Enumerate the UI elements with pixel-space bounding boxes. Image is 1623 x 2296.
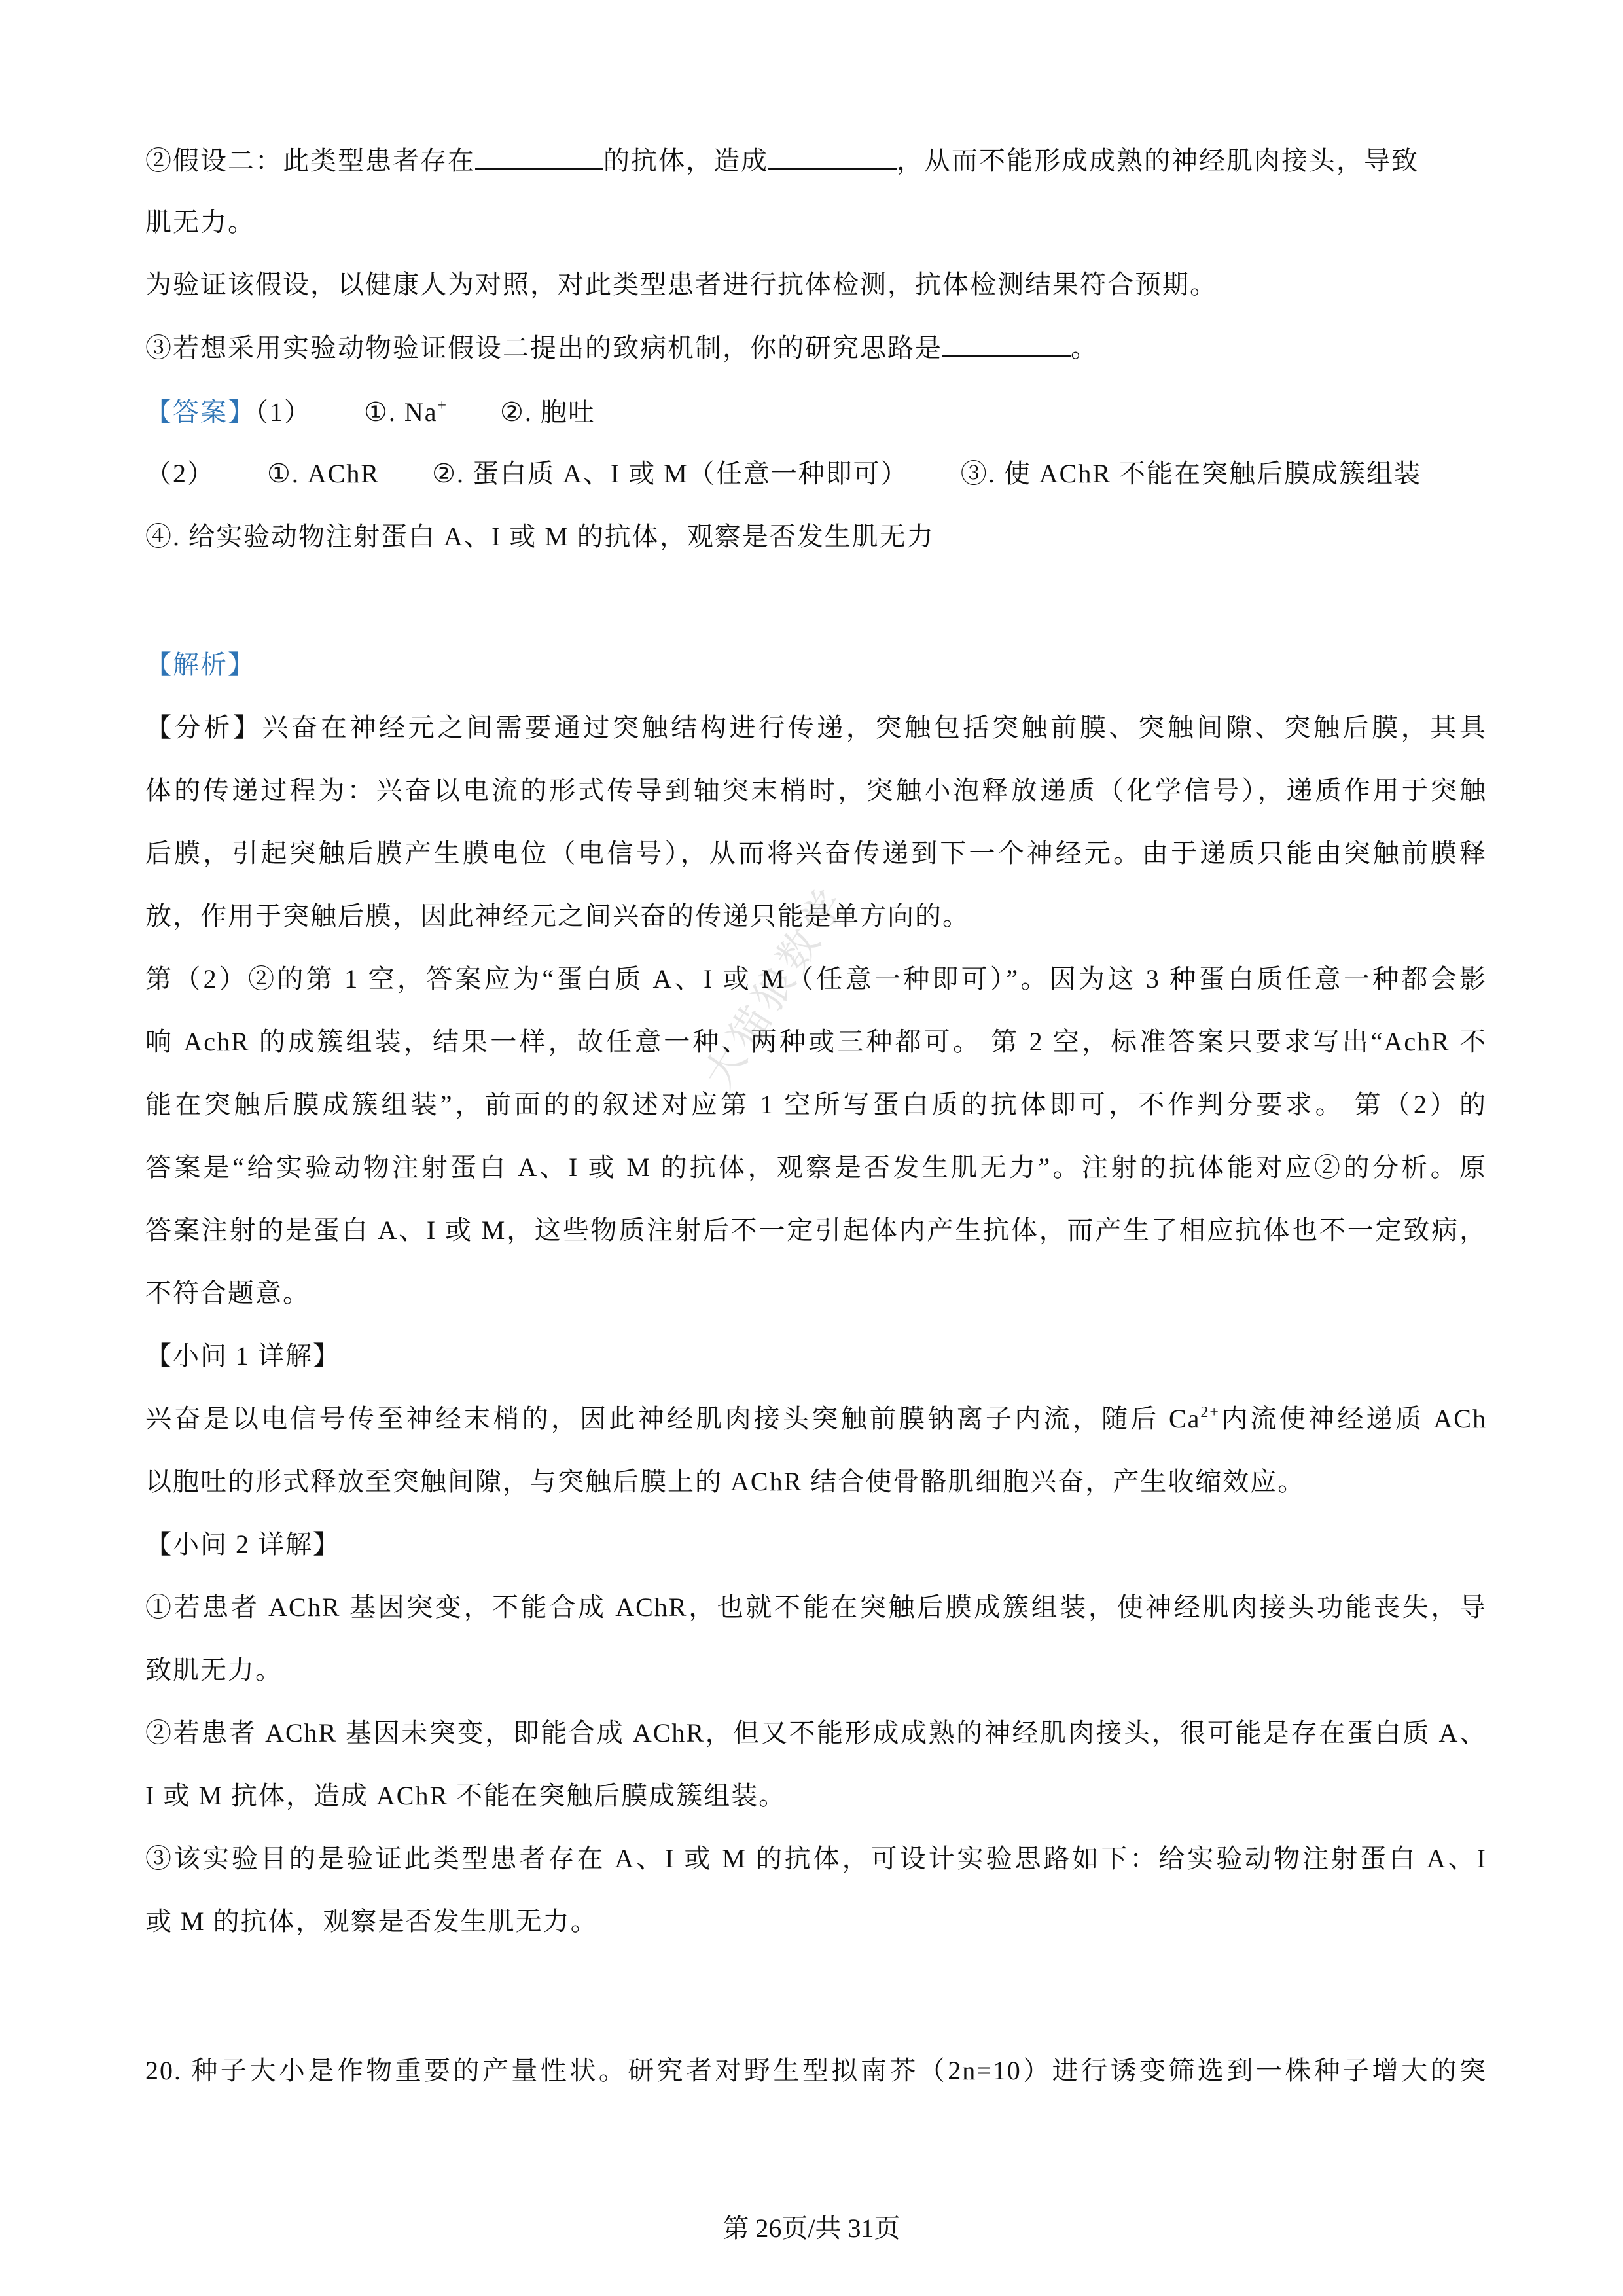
- answer-p2-a1: ①. AChR: [267, 459, 380, 488]
- sub2-line: ③该实验目的是验证此类型患者存在 A、I 或 M 的抗体，可设计实验思路如下：给…: [145, 1839, 1487, 1878]
- analysis-intro-line: 后膜，引起突触后膜产生膜电位（电信号），从而将兴奋传递到下一个神经元。由于递质只…: [145, 834, 1487, 873]
- analysis-label: 【解析】: [145, 645, 1487, 685]
- hypothesis2-prefix: ②假设二：此类型患者存在: [145, 146, 475, 175]
- hypothesis2-mid: 的抗体，造成: [603, 146, 768, 175]
- blank-effect: [768, 145, 897, 170]
- blank-research-idea: [942, 332, 1071, 357]
- q3-suffix: 。: [1071, 333, 1098, 363]
- blank-antibody: [475, 145, 603, 170]
- hypothesis2-suffix: ，从而不能形成成熟的神经肌肉接头，导致: [897, 146, 1419, 175]
- hypothesis2-line2: 肌无力。: [145, 203, 1487, 242]
- analysis-note-line: 能在突触后膜成簇组装”，前面的的叙述对应第 1 空所写蛋白质的抗体即可，不作判分…: [145, 1085, 1487, 1124]
- page-number: 第 26页/共 31页: [0, 2209, 1623, 2248]
- analysis-intro-line: 放，作用于突触后膜，因此神经元之间兴奋的传递只能是单方向的。: [145, 897, 1487, 936]
- answer-line-1: 【答案】（1）①. Na+②. 胞吐: [145, 393, 1487, 432]
- answer-p2-a3: ③. 使 AChR 不能在突触后膜成簇组装: [961, 459, 1421, 488]
- sub2-line: 致肌无力。: [145, 1651, 1487, 1690]
- sub1-line-2: 以胞吐的形式释放至突触间隙，与突触后膜上的 AChR 结合使骨骼肌细胞兴奋，产生…: [145, 1462, 1487, 1501]
- verify-line: 为验证该假设，以健康人为对照，对此类型患者进行抗体检测，抗体检测结果符合预期。: [145, 265, 1487, 304]
- answer-p2-a4: ④. 给实验动物注射蛋白 A、I 或 M 的抗体，观察是否发生肌无力: [145, 517, 1487, 556]
- analysis-intro-line: 体的传递过程为：兴奋以电流的形式传导到轴突末梢时，突触小泡释放递质（化学信号），…: [145, 771, 1487, 810]
- sub2-label: 【小问 2 详解】: [145, 1525, 1487, 1564]
- answer-p1-a2: ②. 胞吐: [500, 397, 596, 427]
- answer-p2-a2: ②. 蛋白质 A、I 或 M（任意一种即可）: [432, 459, 908, 488]
- analysis-intro-line: 【分析】兴奋在神经元之间需要通过突触结构进行传递，突触包括突触前膜、突触间隙、突…: [145, 708, 1487, 747]
- sub2-line: I 或 M 抗体，造成 AChR 不能在突触后膜成簇组装。: [145, 1776, 1487, 1816]
- analysis-note-line: 答案是“给实验动物注射蛋白 A、I 或 M 的抗体，观察是否发生肌无力”。注射的…: [145, 1148, 1487, 1187]
- sub2-line: ①若患者 AChR 基因突变，不能合成 AChR，也就不能在突触后膜成簇组装，使…: [145, 1588, 1487, 1627]
- analysis-note-line: 答案注射的是蛋白 A、I 或 M，这些物质注射后不一定引起体内产生抗体，而产生了…: [145, 1211, 1487, 1250]
- analysis-note-line: 不符合题意。: [145, 1274, 1487, 1313]
- sub1-line-1: 兴奋是以电信号传至神经末梢的，因此神经肌肉接头突触前膜钠离子内流，随后 Ca2+…: [145, 1399, 1487, 1439]
- analysis-note-line: 响 AchR 的成簇组装，结果一样，故任意一种、两种或三种都可。 第 2 空，标…: [145, 1022, 1487, 1062]
- answer-part2-label: （2）: [145, 459, 215, 488]
- question-20-line: 20. 种子大小是作物重要的产量性状。研究者对野生型拟南芥（2n=10）进行诱变…: [145, 2051, 1487, 2090]
- sub1-label: 【小问 1 详解】: [145, 1336, 1487, 1376]
- sub2-line: 或 M 的抗体，观察是否发生肌无力。: [145, 1902, 1487, 1941]
- answer-line-2: （2）①. AChR②. 蛋白质 A、I 或 M（任意一种即可）③. 使 ACh…: [145, 454, 1487, 493]
- answer-part1-label: （1）: [255, 397, 312, 427]
- hypothesis2-line: ②假设二：此类型患者存在的抗体，造成，从而不能形成成熟的神经肌肉接头，导致: [145, 141, 1487, 181]
- q3-prefix: ③若想采用实验动物验证假设二提出的致病机制，你的研究思路是: [145, 333, 942, 363]
- document-page: 大猫狼数学 ②假设二：此类型患者存在的抗体，造成，从而不能形成成熟的神经肌肉接头…: [0, 0, 1623, 2296]
- q3-line: ③若想采用实验动物验证假设二提出的致病机制，你的研究思路是。: [145, 329, 1487, 368]
- answer-p1-a1: ①. Na+: [364, 397, 448, 427]
- sub2-line: ②若患者 AChR 基因未突变，即能合成 AChR，但又不能形成成熟的神经肌肉接…: [145, 1713, 1487, 1753]
- analysis-note-line: 第（2）②的第 1 空，答案应为“蛋白质 A、I 或 M（任意一种即可）”。因为…: [145, 960, 1487, 999]
- answer-label: 【答案】: [145, 397, 255, 427]
